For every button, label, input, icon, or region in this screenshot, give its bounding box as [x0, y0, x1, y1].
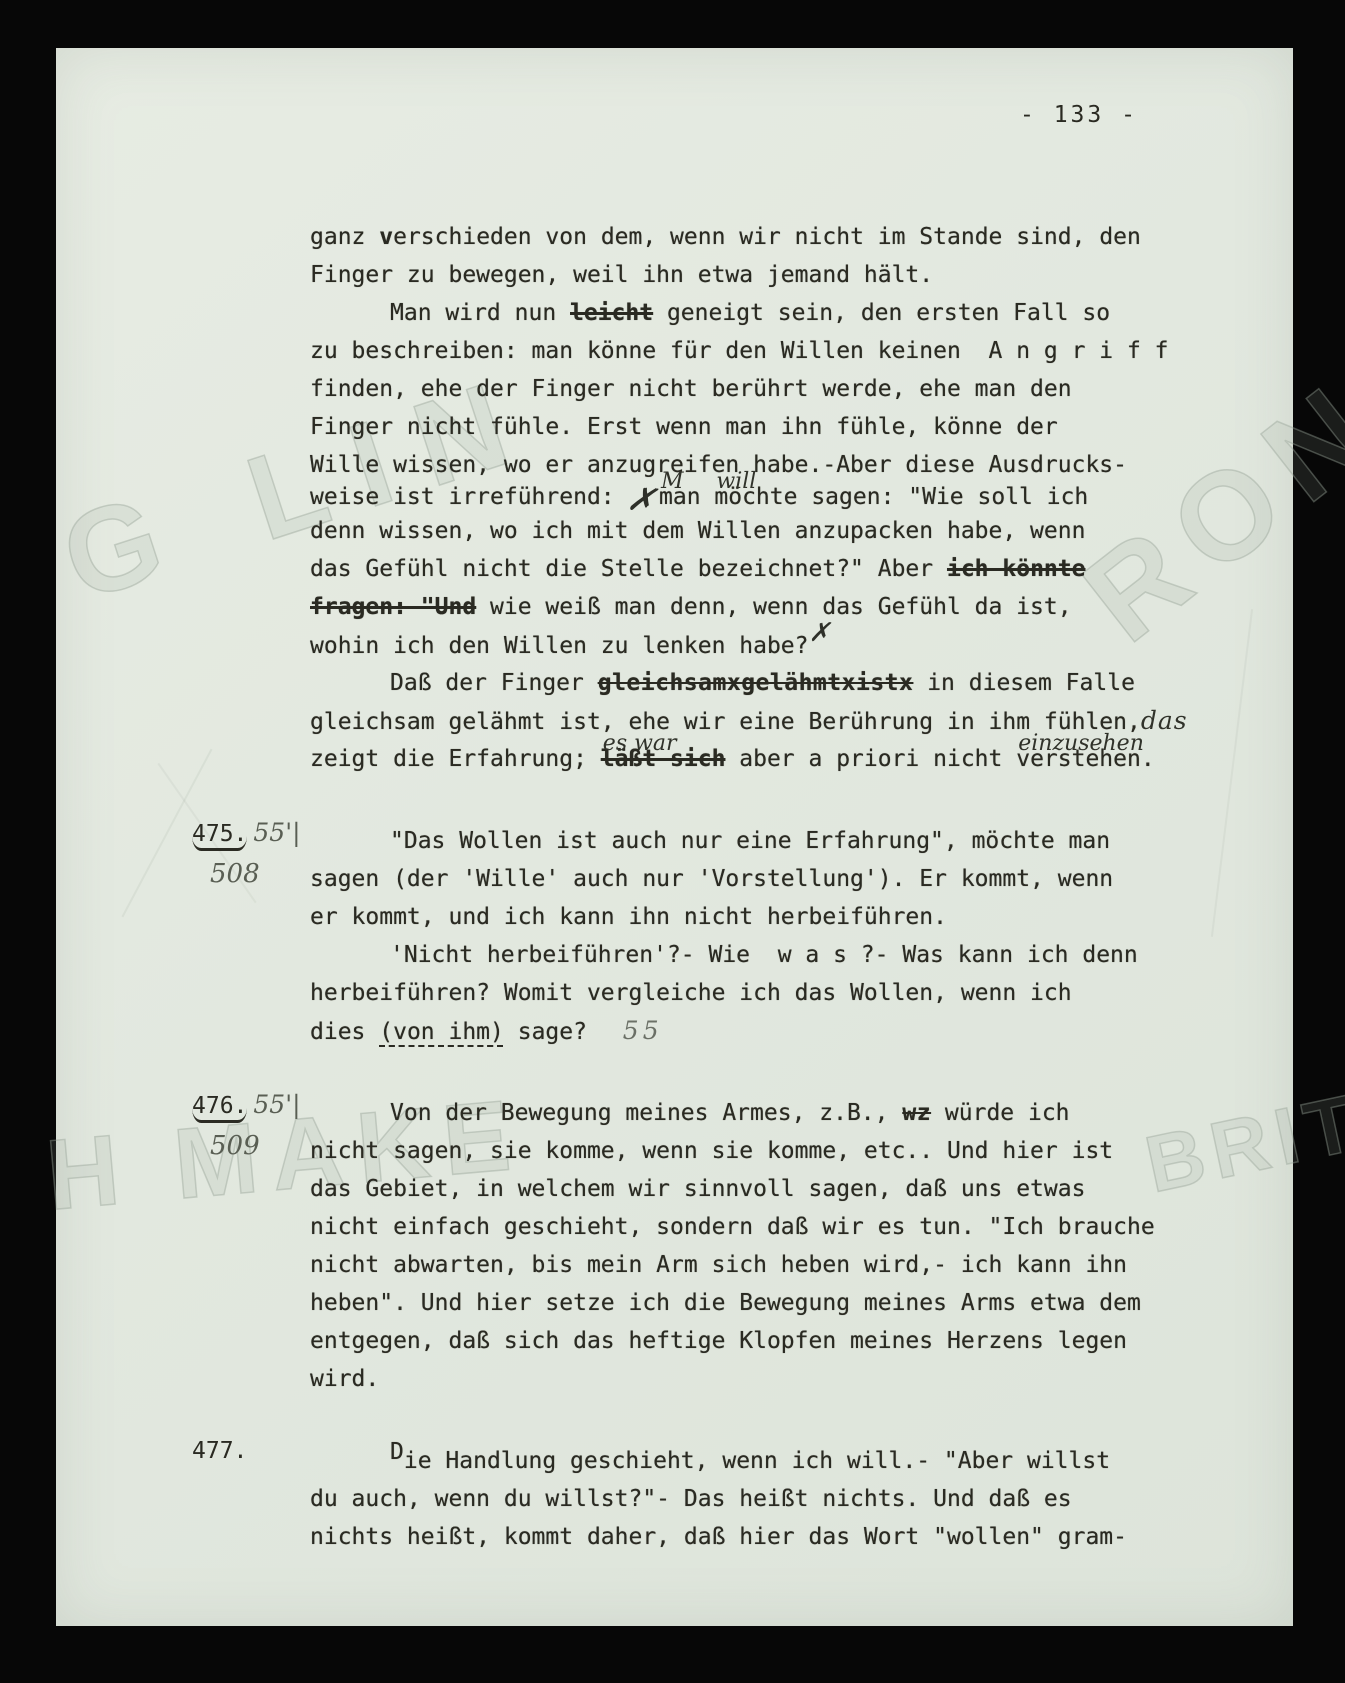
typed-text: Man wird nun	[390, 300, 570, 326]
paragraph: 477.Die Handlung geschieht, wenn ich wil…	[310, 1442, 1230, 1556]
struck-out-text: leicht	[570, 300, 653, 326]
typed-text: in diesem Falle	[913, 670, 1135, 696]
typed-text: er kommt, und ich kann ihn nicht herbeif…	[310, 904, 947, 930]
typed-text: 'Nicht herbeiführen'?- Wie w a s ?- Was …	[390, 942, 1138, 968]
typed-text: heben". Und hier setze ich die Bewegung …	[310, 1290, 1141, 1316]
typed-text: sage?	[504, 1019, 587, 1045]
typed-text: geneigt sein, den ersten Fall so	[653, 300, 1110, 326]
typescript-line: sagen (der 'Wille' auch nur 'Vorstellung…	[310, 860, 1230, 898]
typed-text: dies	[310, 1019, 379, 1045]
typescript-line: heben". Und hier setze ich die Bewegung …	[310, 1284, 1230, 1322]
typescript-line: das Gefühl nicht die Stelle bezeichnet?"…	[310, 550, 1230, 588]
struck-out-text: ich könnte	[947, 556, 1085, 582]
pencil-annotation: 509	[210, 1131, 342, 1161]
typescript-line: ganz verschieden von dem, wenn wir nicht…	[310, 218, 1230, 256]
typescript-line: dies (von ihm) sage? 55	[310, 1012, 1230, 1050]
handwritten-annotation: einzusehen	[1018, 734, 1144, 754]
typescript-line: nicht sagen, sie komme, wenn sie komme, …	[310, 1132, 1230, 1170]
typescript-line: er kommt, und ich kann ihn nicht herbeif…	[310, 898, 1230, 936]
typed-text: erschieden von dem, wenn wir nicht im St…	[393, 224, 1141, 250]
typed-text: v	[379, 224, 393, 250]
typed-text: ganz	[310, 224, 379, 250]
annotated-text: einzusehenverstehen.	[1016, 740, 1154, 778]
typescript-line: zu beschreiben: man könne für den Willen…	[310, 332, 1230, 370]
struck-out-text: fragen: "Und	[310, 594, 476, 620]
typed-text: Finger nicht fühle. Erst wenn man ihn fü…	[310, 414, 1058, 440]
typescript-line: wohin ich den Willen zu lenken habe?✗	[310, 626, 1230, 664]
typescript-line: denn wissen, wo ich mit dem Willen anzup…	[310, 512, 1230, 550]
margin-numbering: 475.55'|508	[192, 818, 342, 889]
remark-number: 477.	[192, 1438, 247, 1465]
typed-text: wohin ich den Willen zu lenken habe?	[310, 633, 809, 659]
margin-numbering: 477.	[192, 1438, 342, 1465]
typed-text: würde ich	[931, 1100, 1069, 1126]
typescript-line: nichts heißt, kommt daher, daß hier das …	[310, 1518, 1230, 1556]
typescript-line: Die Handlung geschieht, wenn ich will.- …	[310, 1442, 1230, 1480]
annotated-text: willmöchte	[714, 478, 797, 516]
typed-text: zeigt die Erfahrung;	[310, 746, 601, 772]
handwritten-annotation: es war	[603, 734, 677, 754]
typescript-line: finden, ehe der Finger nicht berührt wer…	[310, 370, 1230, 408]
handwritten-annotation: M	[661, 472, 684, 492]
typed-text: herbeiführen? Womit vergleiche ich das W…	[310, 980, 1072, 1006]
typed-text: D	[390, 1439, 404, 1465]
typescript-line: Von der Bewegung meines Armes, z.B., wz …	[310, 1094, 1230, 1132]
paragraph: 475.55'|508"Das Wollen ist auch nur eine…	[310, 822, 1230, 1050]
typescript-line: 'Nicht herbeiführen'?- Wie w a s ?- Was …	[310, 936, 1230, 974]
typescript-line: wird.	[310, 1360, 1230, 1398]
pencil-annotation: 55	[587, 1016, 663, 1045]
typed-text: Daß der Finger	[390, 670, 598, 696]
handwritten-mark: das	[1141, 706, 1188, 735]
manuscript-page: G LINRONH MAKEBRITIS - 133 - ganz versch…	[56, 48, 1293, 1626]
typescript-line: fragen: "Und wie weiß man denn, wenn das…	[310, 588, 1230, 626]
typed-text: du auch, wenn du willst?"- Das heißt nic…	[310, 1486, 1072, 1512]
typed-text: Von der Bewegung meines Armes, z.B.,	[390, 1100, 902, 1126]
typescript-line: nicht abwarten, bis mein Arm sich heben …	[310, 1246, 1230, 1284]
typed-text: gleichsam gelähmt ist, ehe wir eine Berü…	[310, 709, 1141, 735]
typescript-line: das Gebiet, in welchem wir sinnvoll sage…	[310, 1170, 1230, 1208]
typed-text: das Gefühl nicht die Stelle bezeichnet?"…	[310, 556, 947, 582]
margin-numbering: 476.55'|509	[192, 1090, 342, 1161]
remark-number: 476.	[192, 1093, 247, 1123]
typescript-line: nicht einfach geschieht, sondern daß wir…	[310, 1208, 1230, 1246]
typescript-line: entgegen, daß sich das heftige Klopfen m…	[310, 1322, 1230, 1360]
remark-number: 475.	[192, 821, 247, 851]
typescript-line: herbeiführen? Womit vergleiche ich das W…	[310, 974, 1230, 1012]
typed-text: aber a priori nicht	[725, 746, 1016, 772]
typed-text: ie Handlung geschieht, wenn ich will.- "…	[404, 1448, 1110, 1474]
pencil-annotation: 55'|	[253, 818, 300, 847]
handwritten-mark: ✗	[624, 479, 658, 521]
typescript-line: Man wird nun leicht geneigt sein, den er…	[310, 294, 1230, 332]
typed-text: wird.	[310, 1366, 379, 1392]
typescript-line: zeigt die Erfahrung; es warläßt sich abe…	[310, 740, 1230, 778]
typed-text: sagen: "Wie soll ich	[797, 484, 1088, 510]
typed-text: nichts heißt, kommt daher, daß hier das …	[310, 1524, 1127, 1550]
typed-text: wie weiß man denn, wenn das Gefühl da is…	[476, 594, 1071, 620]
paragraph: 476.55'|509Von der Bewegung meines Armes…	[310, 1094, 1230, 1398]
handwritten-annotation: will	[716, 472, 756, 492]
typescript-line: Finger nicht fühle. Erst wenn man ihn fü…	[310, 408, 1230, 446]
annotated-text: Mman	[659, 478, 714, 516]
annotated-text: es warläßt sich	[601, 740, 726, 778]
typed-text: sagen (der 'Wille' auch nur 'Vorstellung…	[310, 866, 1113, 892]
typescript-line: "Das Wollen ist auch nur eine Erfahrung"…	[310, 822, 1230, 860]
typescript-line: Finger zu bewegen, weil ihn etwa jemand …	[310, 256, 1230, 294]
page-number: - 133 -	[1020, 102, 1138, 128]
typed-text: zu beschreiben: man könne für den Willen…	[310, 338, 1169, 364]
typed-text: entgegen, daß sich das heftige Klopfen m…	[310, 1328, 1127, 1354]
struck-out-text: gleichsamxgelähmtxistx	[598, 670, 914, 696]
typed-text: (von ihm)	[379, 1019, 504, 1045]
handwritten-mark: ✗	[809, 618, 831, 648]
pencil-annotation: 508	[210, 859, 342, 889]
paragraph: ganz verschieden von dem, wenn wir nicht…	[310, 218, 1230, 778]
scan-background: { "page": { "number_label": "- 133 -" },…	[0, 0, 1345, 1683]
typed-text: nicht einfach geschieht, sondern daß wir…	[310, 1214, 1155, 1240]
typed-text: "Das Wollen ist auch nur eine Erfahrung"…	[390, 828, 1110, 854]
typed-text: finden, ehe der Finger nicht berührt wer…	[310, 376, 1072, 402]
typed-text: nicht sagen, sie komme, wenn sie komme, …	[310, 1138, 1113, 1164]
typescript-body: ganz verschieden von dem, wenn wir nicht…	[310, 218, 1230, 1600]
typed-text: das Gebiet, in welchem wir sinnvoll sage…	[310, 1176, 1085, 1202]
typescript-line: du auch, wenn du willst?"- Das heißt nic…	[310, 1480, 1230, 1518]
struck-out-text: wz	[902, 1100, 931, 1126]
typed-text: weise ist irreführend:	[310, 484, 615, 510]
pencil-annotation: 55'|	[253, 1090, 300, 1119]
typed-text: Finger zu bewegen, weil ihn etwa jemand …	[310, 262, 933, 288]
typed-text: denn wissen, wo ich mit dem Willen anzup…	[310, 518, 1085, 544]
typed-text: nicht abwarten, bis mein Arm sich heben …	[310, 1252, 1127, 1278]
typescript-line: Daß der Finger gleichsamxgelähmtxistx in…	[310, 664, 1230, 702]
